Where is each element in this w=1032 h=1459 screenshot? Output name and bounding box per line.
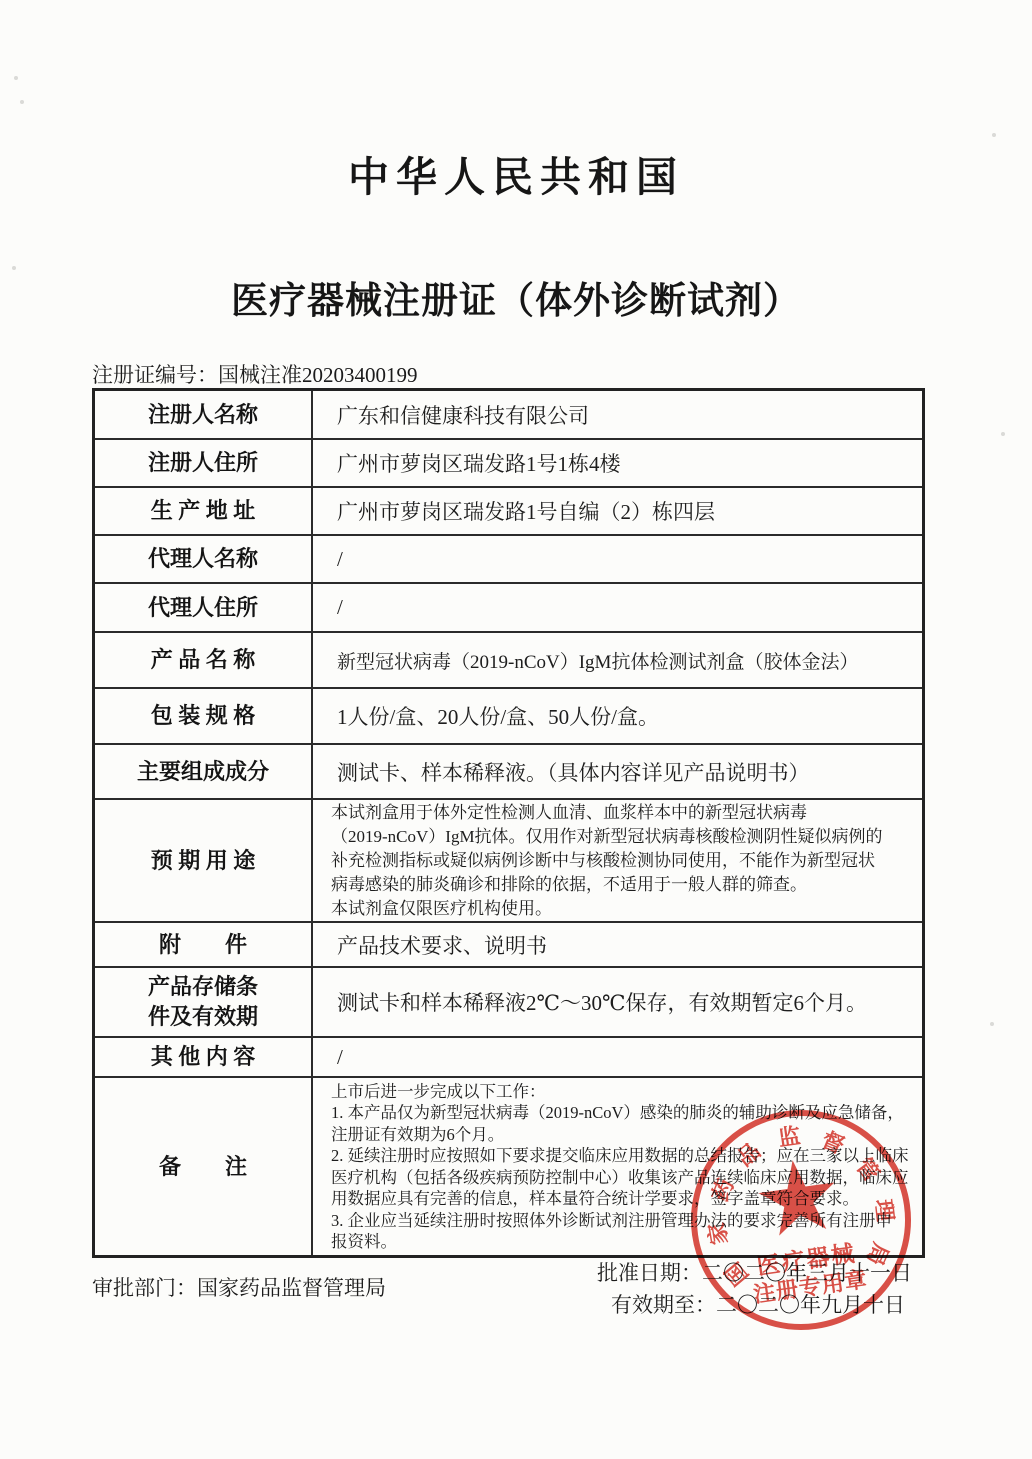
country-title: 中华人民共和国 <box>0 144 1032 203</box>
row-value: 广州市萝岗区瑞发路1号自编（2）栋四层 <box>313 488 922 534</box>
approval-department: 审批部门：国家药品监督管理局 <box>92 1272 386 1302</box>
certificate-document: 中华人民共和国 医疗器械注册证（体外诊断试剂） 注册证编号：国械注准202034… <box>0 0 1032 1459</box>
row-value: / <box>313 1038 922 1076</box>
row-label: 附 件 <box>95 923 313 966</box>
row-label: 生 产 地 址 <box>95 488 313 534</box>
row-label: 包 装 规 格 <box>95 689 313 743</box>
row-label: 预 期 用 途 <box>95 800 313 921</box>
scan-speckle <box>990 1022 994 1026</box>
row-label: 产 品 名 称 <box>95 633 313 687</box>
table-row: 代理人名称 / <box>95 536 922 584</box>
row-value: / <box>313 536 922 582</box>
scan-speckle <box>1001 432 1005 436</box>
valid-until-date: 有效期至：二〇二〇年九月十日 <box>611 1289 905 1319</box>
table-row: 注册人名称 广东和信健康科技有限公司 <box>95 391 922 440</box>
row-value: 广东和信健康科技有限公司 <box>313 391 922 438</box>
row-label: 注册人名称 <box>95 391 313 438</box>
table-row: 注册人住所 广州市萝岗区瑞发路1号1栋4楼 <box>95 440 922 488</box>
row-label: 注册人住所 <box>95 440 313 486</box>
table-row: 主要组成成分 测试卡、样本稀释液。（具体内容详见产品说明书） <box>95 745 922 800</box>
row-value: 本试剂盒用于体外定性检测人血清、血浆样本中的新型冠状病毒 （2019-nCoV）… <box>313 800 922 921</box>
certificate-table: 注册人名称 广东和信健康科技有限公司 注册人住所 广州市萝岗区瑞发路1号1栋4楼… <box>92 388 925 1258</box>
row-label: 代理人住所 <box>95 584 313 631</box>
table-row: 附 件 产品技术要求、说明书 <box>95 923 922 968</box>
row-label: 其 他 内 容 <box>95 1038 313 1076</box>
row-value: / <box>313 584 922 631</box>
table-row: 产 品 名 称 新型冠状病毒（2019-nCoV）IgM抗体检测试剂盒（胶体金法… <box>95 633 922 689</box>
registration-number: 注册证编号：国械注准20203400199 <box>92 359 418 389</box>
scan-speckle <box>12 266 16 270</box>
approval-date: 批准日期：二〇二〇年三月十一日 <box>597 1257 912 1287</box>
row-value: 测试卡、样本稀释液。（具体内容详见产品说明书） <box>313 745 922 798</box>
row-label: 代理人名称 <box>95 536 313 582</box>
certificate-title: 医疗器械注册证（体外诊断试剂） <box>0 270 1032 324</box>
row-label: 备 注 <box>95 1078 313 1255</box>
row-label: 主要组成成分 <box>95 745 313 798</box>
table-row: 其 他 内 容 / <box>95 1038 922 1078</box>
row-value: 产品技术要求、说明书 <box>313 923 922 966</box>
row-label: 产品存储条 件及有效期 <box>95 968 313 1036</box>
scan-speckle <box>992 133 996 137</box>
table-row: 预 期 用 途 本试剂盒用于体外定性检测人血清、血浆样本中的新型冠状病毒 （20… <box>95 800 922 923</box>
row-value: 新型冠状病毒（2019-nCoV）IgM抗体检测试剂盒（胶体金法） <box>313 633 922 687</box>
table-row: 代理人住所 / <box>95 584 922 633</box>
scan-speckle <box>14 76 18 80</box>
table-row: 包 装 规 格 1人份/盒、20人份/盒、50人份/盒。 <box>95 689 922 745</box>
row-value: 1人份/盒、20人份/盒、50人份/盒。 <box>313 689 922 743</box>
table-row: 生 产 地 址 广州市萝岗区瑞发路1号自编（2）栋四层 <box>95 488 922 536</box>
table-row: 产品存储条 件及有效期 测试卡和样本稀释液2℃～30℃保存，有效期暂定6个月。 <box>95 968 922 1038</box>
scan-speckle <box>20 100 24 104</box>
row-value: 测试卡和样本稀释液2℃～30℃保存，有效期暂定6个月。 <box>313 968 922 1036</box>
table-row: 备 注 上市后进一步完成以下工作： 1. 本产品仅为新型冠状病毒（2019-nC… <box>95 1078 922 1255</box>
row-value: 广州市萝岗区瑞发路1号1栋4楼 <box>313 440 922 486</box>
row-value: 上市后进一步完成以下工作： 1. 本产品仅为新型冠状病毒（2019-nCoV）感… <box>313 1078 922 1255</box>
